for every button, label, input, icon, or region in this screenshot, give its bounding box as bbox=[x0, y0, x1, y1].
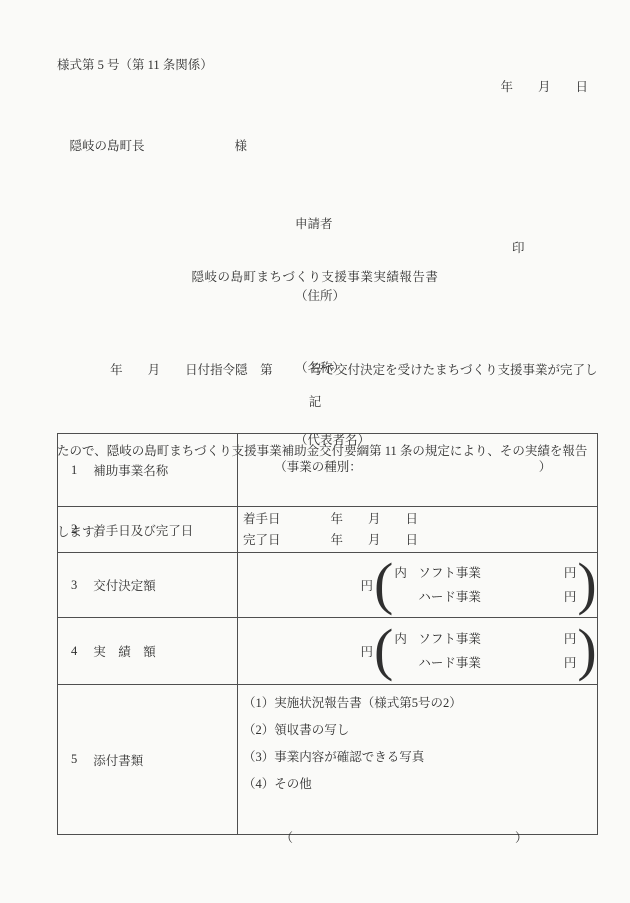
attachment-item-1: （1）実施状況報告書（様式第5号の2） bbox=[243, 690, 597, 717]
row2-number: 2 bbox=[71, 522, 77, 537]
row1-label: 補助事業名称 bbox=[93, 461, 168, 479]
row1-value-cell: （事業の種別：） bbox=[238, 434, 597, 506]
attachment-item-2: （2）領収書の写し bbox=[243, 717, 597, 744]
row4-number: 4 bbox=[71, 644, 77, 659]
row3-inner-label: 内 bbox=[394, 561, 408, 585]
row4-soft-label: ソフト事業 bbox=[418, 627, 481, 651]
row4-hard-label: ハード事業 bbox=[418, 651, 481, 675]
row5-label: 添付書類 bbox=[93, 751, 143, 769]
row3-open-paren: ( bbox=[373, 560, 394, 608]
table-row-project-name: 1 補助事業名称 （事業の種別：） bbox=[58, 434, 597, 507]
document-title: 隠岐の島町まちづくり支援事業実績報告書 bbox=[0, 267, 630, 285]
project-type-label: （事業の種別： bbox=[274, 460, 362, 474]
row3-value-cell: 円 ( 内ソフト事業円 ハード事業円 ) bbox=[238, 553, 598, 617]
addressee: 隠岐の島町長 bbox=[70, 139, 145, 153]
row4-open-paren: ( bbox=[373, 626, 394, 674]
table-row-actual-amount: 4 実 績 額 円 ( 内ソフト事業円 ハード事業円 ) bbox=[58, 618, 597, 685]
start-date-line: 着手日 年 月 日 bbox=[243, 509, 597, 530]
row1-header: 1 補助事業名称 bbox=[58, 434, 238, 506]
row4-soft-line: 内ソフト事業円 bbox=[394, 627, 576, 651]
row4-value-cell: 円 ( 内ソフト事業円 ハード事業円 ) bbox=[238, 618, 598, 684]
row3-hard-label: ハード事業 bbox=[418, 585, 481, 609]
row3-soft-blank bbox=[481, 561, 564, 585]
details-table: 1 補助事業名称 （事業の種別：） 2 着手日及び完了日 着手日 年 月 日 完… bbox=[57, 433, 598, 835]
row4-inner-label: 内 bbox=[394, 627, 408, 651]
seal-mark: 印 bbox=[512, 236, 525, 260]
row4-soft-blank bbox=[481, 627, 564, 651]
project-type-close: ） bbox=[539, 460, 552, 474]
other-open-paren: （ bbox=[274, 831, 293, 845]
row3-hard-blank bbox=[481, 585, 564, 609]
row1-number: 1 bbox=[71, 463, 77, 478]
row3-soft-line: 内ソフト事業円 bbox=[394, 561, 576, 585]
row3-breakdown: 内ソフト事業円 ハード事業円 bbox=[394, 561, 576, 609]
row2-value-cell: 着手日 年 月 日 完了日 年 月 日 bbox=[238, 507, 597, 552]
body-line-1: 年 月 日付指令隠 第 号で交付決定を受けたまちづくり支援事業が完了し bbox=[57, 357, 597, 384]
table-row-grant-decision: 3 交付決定額 円 ( 内ソフト事業円 ハード事業円 ) bbox=[58, 553, 597, 618]
row3-hard-yen: 円 bbox=[564, 585, 577, 609]
applicant-label: 申請者 bbox=[295, 212, 370, 236]
ki-heading: 記 bbox=[0, 392, 630, 410]
row3-yen-label: 円 bbox=[238, 576, 373, 594]
table-row-dates: 2 着手日及び完了日 着手日 年 月 日 完了日 年 月 日 bbox=[58, 507, 597, 553]
row4-breakdown: 内ソフト事業円 ハード事業円 bbox=[394, 627, 576, 675]
document-page: 様式第 5 号（第 11 条関係） 年 月 日 隠岐の島町長様 申請者 （住所）… bbox=[0, 0, 630, 903]
attachment-other-line: （） bbox=[243, 798, 597, 879]
other-close-paren: ） bbox=[515, 831, 528, 845]
row3-inner-spacer bbox=[394, 585, 408, 609]
row4-close-paren: ) bbox=[576, 626, 597, 674]
attachment-item-4: （4）その他 bbox=[243, 771, 597, 798]
row4-inner-spacer bbox=[394, 651, 408, 675]
end-date-line: 完了日 年 月 日 bbox=[243, 530, 597, 551]
row3-soft-label: ソフト事業 bbox=[418, 561, 481, 585]
row4-hard-line: ハード事業円 bbox=[394, 651, 576, 675]
form-number: 様式第 5 号（第 11 条関係） bbox=[57, 55, 213, 73]
row4-soft-yen: 円 bbox=[564, 627, 577, 651]
row3-label: 交付決定額 bbox=[93, 576, 156, 594]
row4-hard-yen: 円 bbox=[564, 651, 577, 675]
row5-value-cell: （1）実施状況報告書（様式第5号の2） （2）領収書の写し （3）事業内容が確認… bbox=[238, 685, 597, 834]
row3-close-paren: ) bbox=[576, 560, 597, 608]
row3-number: 3 bbox=[71, 578, 77, 593]
project-type-line: （事業の種別：） bbox=[243, 442, 551, 490]
row3-hard-line: ハード事業円 bbox=[394, 585, 576, 609]
row3-soft-yen: 円 bbox=[564, 561, 577, 585]
row3-header: 3 交付決定額 bbox=[58, 553, 238, 617]
row4-header: 4 実 績 額 bbox=[58, 618, 238, 684]
table-row-attachments: 5 添付書類 （1）実施状況報告書（様式第5号の2） （2）領収書の写し （3）… bbox=[58, 685, 597, 834]
row2-label: 着手日及び完了日 bbox=[93, 521, 193, 539]
row4-yen-label: 円 bbox=[238, 642, 373, 660]
row2-header: 2 着手日及び完了日 bbox=[58, 507, 238, 552]
addressee-line: 隠岐の島町長様 bbox=[57, 121, 247, 169]
row4-label: 実 績 額 bbox=[93, 642, 156, 660]
row4-hard-blank bbox=[481, 651, 564, 675]
row5-number: 5 bbox=[71, 752, 77, 767]
date-line: 年 月 日 bbox=[500, 77, 588, 95]
addressee-honorific: 様 bbox=[235, 139, 248, 153]
row5-header: 5 添付書類 bbox=[58, 685, 238, 834]
attachment-item-3: （3）事業内容が確認できる写真 bbox=[243, 744, 597, 771]
